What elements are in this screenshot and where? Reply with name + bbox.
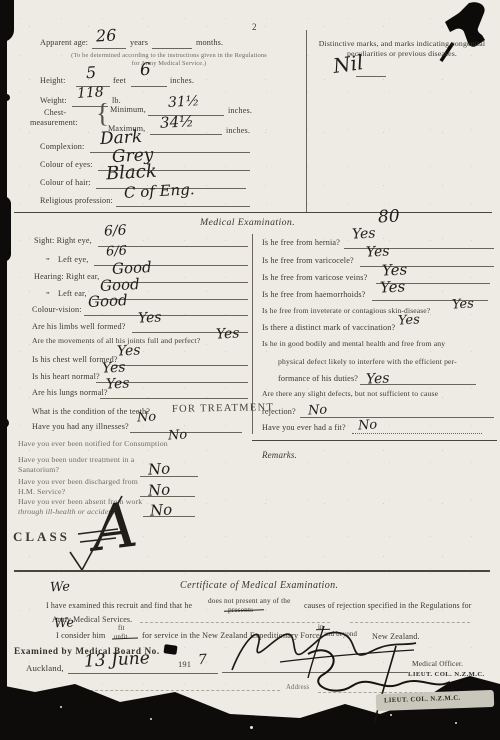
fill-line <box>150 134 222 135</box>
scan-speckle <box>60 706 62 708</box>
teeth-treatment-stamp: FOR TREATMENT <box>172 402 274 416</box>
hair-value: Black <box>105 161 157 185</box>
column-divider <box>306 30 307 212</box>
exam-answer: Yes <box>138 309 162 326</box>
exam-question: Have you had any illnesses? <box>32 422 129 431</box>
exam-answer: Yes <box>106 375 130 392</box>
fill-line <box>116 206 250 207</box>
distinctive-marks-heading-1: Distinctive marks, and marks indicating … <box>312 40 492 49</box>
year-handwritten: 7 <box>198 652 208 668</box>
exam-answer: Yes <box>366 370 390 387</box>
scan-speckle <box>250 726 253 729</box>
history-question: Have you ever been notified for Consumpt… <box>18 440 168 449</box>
exam-question: Is his heart normal? <box>32 372 100 381</box>
exam-question: Are his lungs normal? <box>32 388 108 397</box>
history-question: H.M. Service? <box>18 488 65 497</box>
history-question: Have you ever been discharged from <box>18 478 138 487</box>
history-answer: No <box>148 459 171 478</box>
lb-label: lb. <box>112 96 121 105</box>
exam-answer: No <box>137 410 157 426</box>
place-label: Auckland, <box>26 663 64 673</box>
fill-line <box>152 48 192 49</box>
feet-label: feet <box>113 76 126 85</box>
date-line <box>68 673 218 674</box>
date-value: 13 June <box>84 648 151 671</box>
board-number-smudge <box>163 644 177 655</box>
exam-answer: Yes <box>102 359 126 376</box>
exam-answer: Yes <box>117 342 141 359</box>
ditto-mark: „ <box>46 252 50 261</box>
answer-line <box>112 365 248 366</box>
answer-line <box>360 266 494 267</box>
exam-question: Left eye, <box>58 255 88 264</box>
chest-label-1: Chest- <box>44 108 66 117</box>
religion-label: Religious profession: <box>40 196 113 205</box>
chest-min-value: 31½ <box>168 93 200 111</box>
distinctive-marks-value: Nil <box>331 50 364 78</box>
exam-question: formance of his duties? <box>278 374 358 383</box>
eyes-label: Colour of eyes: <box>40 160 93 169</box>
answer-line <box>300 417 494 418</box>
medical-form-scan: 2 Apparent age: 26 years months. (To be … <box>0 0 500 740</box>
exam-question: Is he in good bodily and mental health a… <box>262 340 445 349</box>
exam-answer: Yes <box>380 277 406 296</box>
certificate-line-1a: I have examined this recruit and find th… <box>46 601 192 610</box>
weight-label: Weight: <box>40 96 67 105</box>
exam-question: Is he free from varicocele? <box>262 256 354 265</box>
exam-question: Is he free from hernia? <box>262 238 340 247</box>
exam-answer: Yes <box>452 296 475 312</box>
apparent-age-value: 26 <box>96 25 117 45</box>
secondary-signature <box>300 640 470 730</box>
apparent-age-label: Apparent age: <box>40 38 88 47</box>
fill-line <box>356 76 386 77</box>
chest-max-value: 34½ <box>160 112 195 132</box>
answer-line <box>352 433 482 434</box>
exam-answer: No <box>308 403 328 419</box>
height-inches-value: 6 <box>139 60 151 81</box>
chest-label-2: measurement: <box>30 118 78 127</box>
left-edge-tick <box>0 418 9 428</box>
exam-question: Are his limbs well formed? <box>32 322 126 331</box>
exam-question: Is he free from varicose veins? <box>262 273 367 282</box>
exam-answer: Good <box>88 291 129 311</box>
ditto-mark: „ <box>46 286 50 295</box>
exam-question: Sight: Right eye, <box>34 236 92 245</box>
right-column-rule <box>252 440 497 441</box>
exam-answer: Yes <box>398 312 421 328</box>
exam-answer: Yes <box>366 243 390 260</box>
exam-question: Left ear, <box>58 289 87 298</box>
remarks-label: Remarks. <box>262 450 297 460</box>
answer-line <box>84 315 248 316</box>
inches-label: inches. <box>170 76 194 85</box>
hair-label: Colour of hair: <box>40 178 91 187</box>
fill-line <box>131 86 167 87</box>
answer-line <box>100 398 248 399</box>
left-edge-blob-top <box>0 0 14 42</box>
exam-question: rejection? <box>262 407 296 416</box>
exam-question: Is there a distinct mark of vaccination? <box>262 323 395 332</box>
exam-question: Are there any slight defects, but not su… <box>262 390 438 399</box>
chest-min-inches: inches. <box>228 106 252 115</box>
certificate-line-2a: I consider him <box>56 631 105 640</box>
certificate-title: Certificate of Medical Examination. <box>180 580 338 592</box>
fit-option: fit <box>118 625 125 633</box>
height-feet-value: 5 <box>86 63 97 83</box>
page-number: 2 <box>252 22 257 32</box>
certificate-line-1b: causes of rejection specified in the Reg… <box>304 601 472 610</box>
history-question: Sanatorium? <box>18 466 59 475</box>
exam-question: Have you ever had a fit? <box>262 423 346 432</box>
exam-question: Colour-vision: <box>32 305 82 314</box>
exam-question: physical defect likely to interfere with… <box>278 358 457 367</box>
height-label: Height: <box>40 76 66 85</box>
exam-answer: 6/6 <box>106 243 128 259</box>
chest-min-label: Minimum, <box>110 105 146 114</box>
exam-answer: Yes <box>216 325 240 342</box>
fill-line <box>90 690 280 691</box>
year-printed: 191 <box>178 660 191 670</box>
complexion-label: Complexion: <box>40 142 84 151</box>
we-handwritten: We <box>54 615 75 631</box>
exam-answer: No <box>358 418 378 434</box>
chest-max-inches: inches. <box>226 126 250 135</box>
certificate-rule <box>14 570 490 572</box>
medical-exam-title: Medical Examination. <box>200 217 295 228</box>
history-answer: No <box>150 500 173 519</box>
exam-answer: 6/6 <box>104 222 127 239</box>
exam-question: Is he free from haemorrhoids? <box>262 290 365 299</box>
left-edge-tick <box>0 94 10 101</box>
months-label: months. <box>196 38 223 47</box>
years-label: years <box>130 38 148 47</box>
exam-question: Hearing: Right ear, <box>34 272 100 281</box>
we-handwritten: We <box>50 579 71 595</box>
history-question: Have you been under treatment in a <box>18 456 134 465</box>
scan-speckle <box>150 718 152 720</box>
left-scan-edge <box>0 0 7 740</box>
age-note-line1: (To be determined according to the instr… <box>36 52 302 59</box>
pulse-value: 80 <box>377 206 400 227</box>
fill-line <box>92 48 126 49</box>
section-rule <box>14 212 492 213</box>
history-answer: No <box>148 480 171 499</box>
history-answer: No <box>168 428 188 444</box>
exam-answer: Yes <box>352 225 376 242</box>
left-edge-blob-mid <box>0 196 11 262</box>
religion-value: C of Eng. <box>124 180 195 202</box>
age-note-line2: for Army Medical Service.) <box>36 60 302 67</box>
exam-question: What is the condition of the teeth? <box>32 407 150 416</box>
